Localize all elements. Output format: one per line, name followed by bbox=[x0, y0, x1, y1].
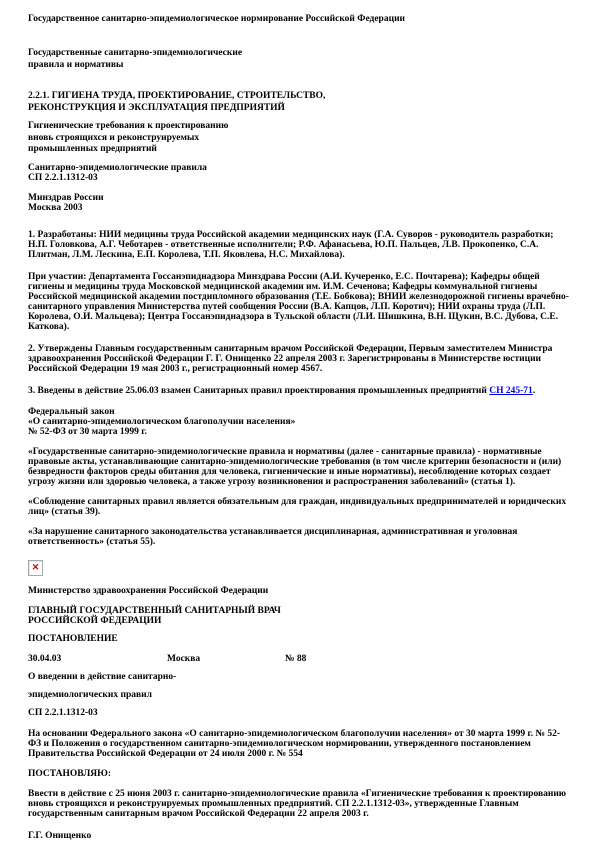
document-title-block: Гигиенические требования к проектировани… bbox=[28, 121, 570, 156]
signature-line: Г.Г. Онищенко bbox=[28, 831, 570, 841]
paragraph-introduced: 3. Введены в действие 25.06.03 взамен Са… bbox=[28, 386, 570, 396]
publisher-line: Минздрав России bbox=[28, 193, 570, 203]
sn-245-71-link[interactable]: СН 245-71 bbox=[489, 386, 533, 396]
masthead-section-block: 2.2.1. ГИГИЕНА ТРУДА, ПРОЕКТИРОВАНИЕ, СТ… bbox=[28, 91, 570, 114]
masthead-rules-line-1: Государственные санитарно-эпидемиологиче… bbox=[28, 48, 570, 60]
authority-block: ГЛАВНЫЙ ГОСУДАРСТВЕННЫЙ САНИТАРНЫЙ ВРАЧ … bbox=[28, 606, 570, 626]
decree-type-heading: ПОСТАНОВЛЕНИЕ bbox=[28, 634, 570, 644]
rules-type-line: Санитарно-эпидемиологические правила bbox=[28, 163, 570, 173]
paragraph-approved: 2. Утверждены Главным государственным са… bbox=[28, 344, 570, 374]
decree-date-row: 30.04.03Москва№ 88 bbox=[28, 654, 570, 664]
masthead-section-line-2: РЕКОНСТРУКЦИЯ И ЭКСПЛУАТАЦИЯ ПРЕДПРИЯТИЙ bbox=[28, 103, 570, 115]
document-page: Государственное санитарно-эпидемиологиче… bbox=[0, 0, 595, 842]
decree-subject-code: СП 2.2.1.1312-03 bbox=[28, 708, 570, 718]
authority-line-2: РОССИЙСКОЙ ФЕДЕРАЦИИ bbox=[28, 616, 570, 626]
publisher-block: Минздрав России Москва 2003 bbox=[28, 193, 570, 213]
document-title-line-3: промышленных предприятий bbox=[28, 144, 570, 156]
decree-date: 30.04.03 bbox=[28, 654, 167, 664]
paragraph-introduced-period: . bbox=[533, 386, 535, 396]
federal-law-line-1: Федеральный закон bbox=[28, 407, 570, 417]
document-title-line-1: Гигиенические требования к проектировани… bbox=[28, 121, 570, 133]
federal-law-line-2: «О санитарно-эпидемиологическом благопол… bbox=[28, 417, 570, 427]
federal-law-title-block: Федеральный закон «О санитарно-эпидемиол… bbox=[28, 407, 570, 437]
decree-subject-line-2: эпидемиологических правил bbox=[28, 690, 570, 700]
decree-resolution-paragraph: Ввести в действие с 25 июня 2003 г. сани… bbox=[28, 789, 570, 819]
decree-subject-line-1: О введении в действие санитарно- bbox=[28, 672, 570, 682]
masthead-rules-line-2: правила и нормативы bbox=[28, 60, 570, 72]
ministry-line: Министерство здравоохранения Российской … bbox=[28, 586, 570, 596]
law-quote-article-1: «Государственные санитарно-эпидемиологич… bbox=[28, 447, 570, 487]
rules-code: СП 2.2.1.1312-03 bbox=[28, 173, 570, 183]
masthead-rules-block: Государственные санитарно-эпидемиологиче… bbox=[28, 48, 570, 71]
authority-line-1: ГЛАВНЫЙ ГОСУДАРСТВЕННЫЙ САНИТАРНЫЙ ВРАЧ bbox=[28, 606, 570, 616]
law-quote-article-39: «Соблюдение санитарных правил является о… bbox=[28, 497, 570, 517]
decree-city: Москва bbox=[167, 654, 285, 664]
paragraph-introduced-text: 3. Введены в действие 25.06.03 взамен Са… bbox=[28, 386, 489, 396]
federal-law-line-3: № 52-ФЗ от 30 марта 1999 г. bbox=[28, 427, 570, 437]
masthead-section-line-1: 2.2.1. ГИГИЕНА ТРУДА, ПРОЕКТИРОВАНИЕ, СТ… bbox=[28, 91, 570, 103]
publisher-city-year: Москва 2003 bbox=[28, 203, 570, 213]
broken-image-x-icon: ✕ bbox=[32, 563, 40, 572]
masthead-norm-line: Государственное санитарно-эпидемиологиче… bbox=[28, 14, 570, 24]
decree-number: № 88 bbox=[285, 654, 306, 664]
law-quote-article-55: «За нарушение санитарного законодательст… bbox=[28, 527, 570, 547]
document-title-line-2: вновь строящихся и реконструируемых bbox=[28, 133, 570, 145]
broken-image-placeholder: ✕ bbox=[28, 560, 43, 576]
paragraph-participation: При участии: Департамента Госсанэпиднадз… bbox=[28, 272, 570, 332]
decree-resolve-label: ПОСТАНОВЛЯЮ: bbox=[28, 769, 570, 779]
paragraph-developed: 1. Разработаны: НИИ медицины труда Росси… bbox=[28, 230, 570, 260]
decree-basis-paragraph: На основании Федерального закона «О сани… bbox=[28, 729, 570, 759]
rules-type-block: Санитарно-эпидемиологические правила СП … bbox=[28, 163, 570, 183]
